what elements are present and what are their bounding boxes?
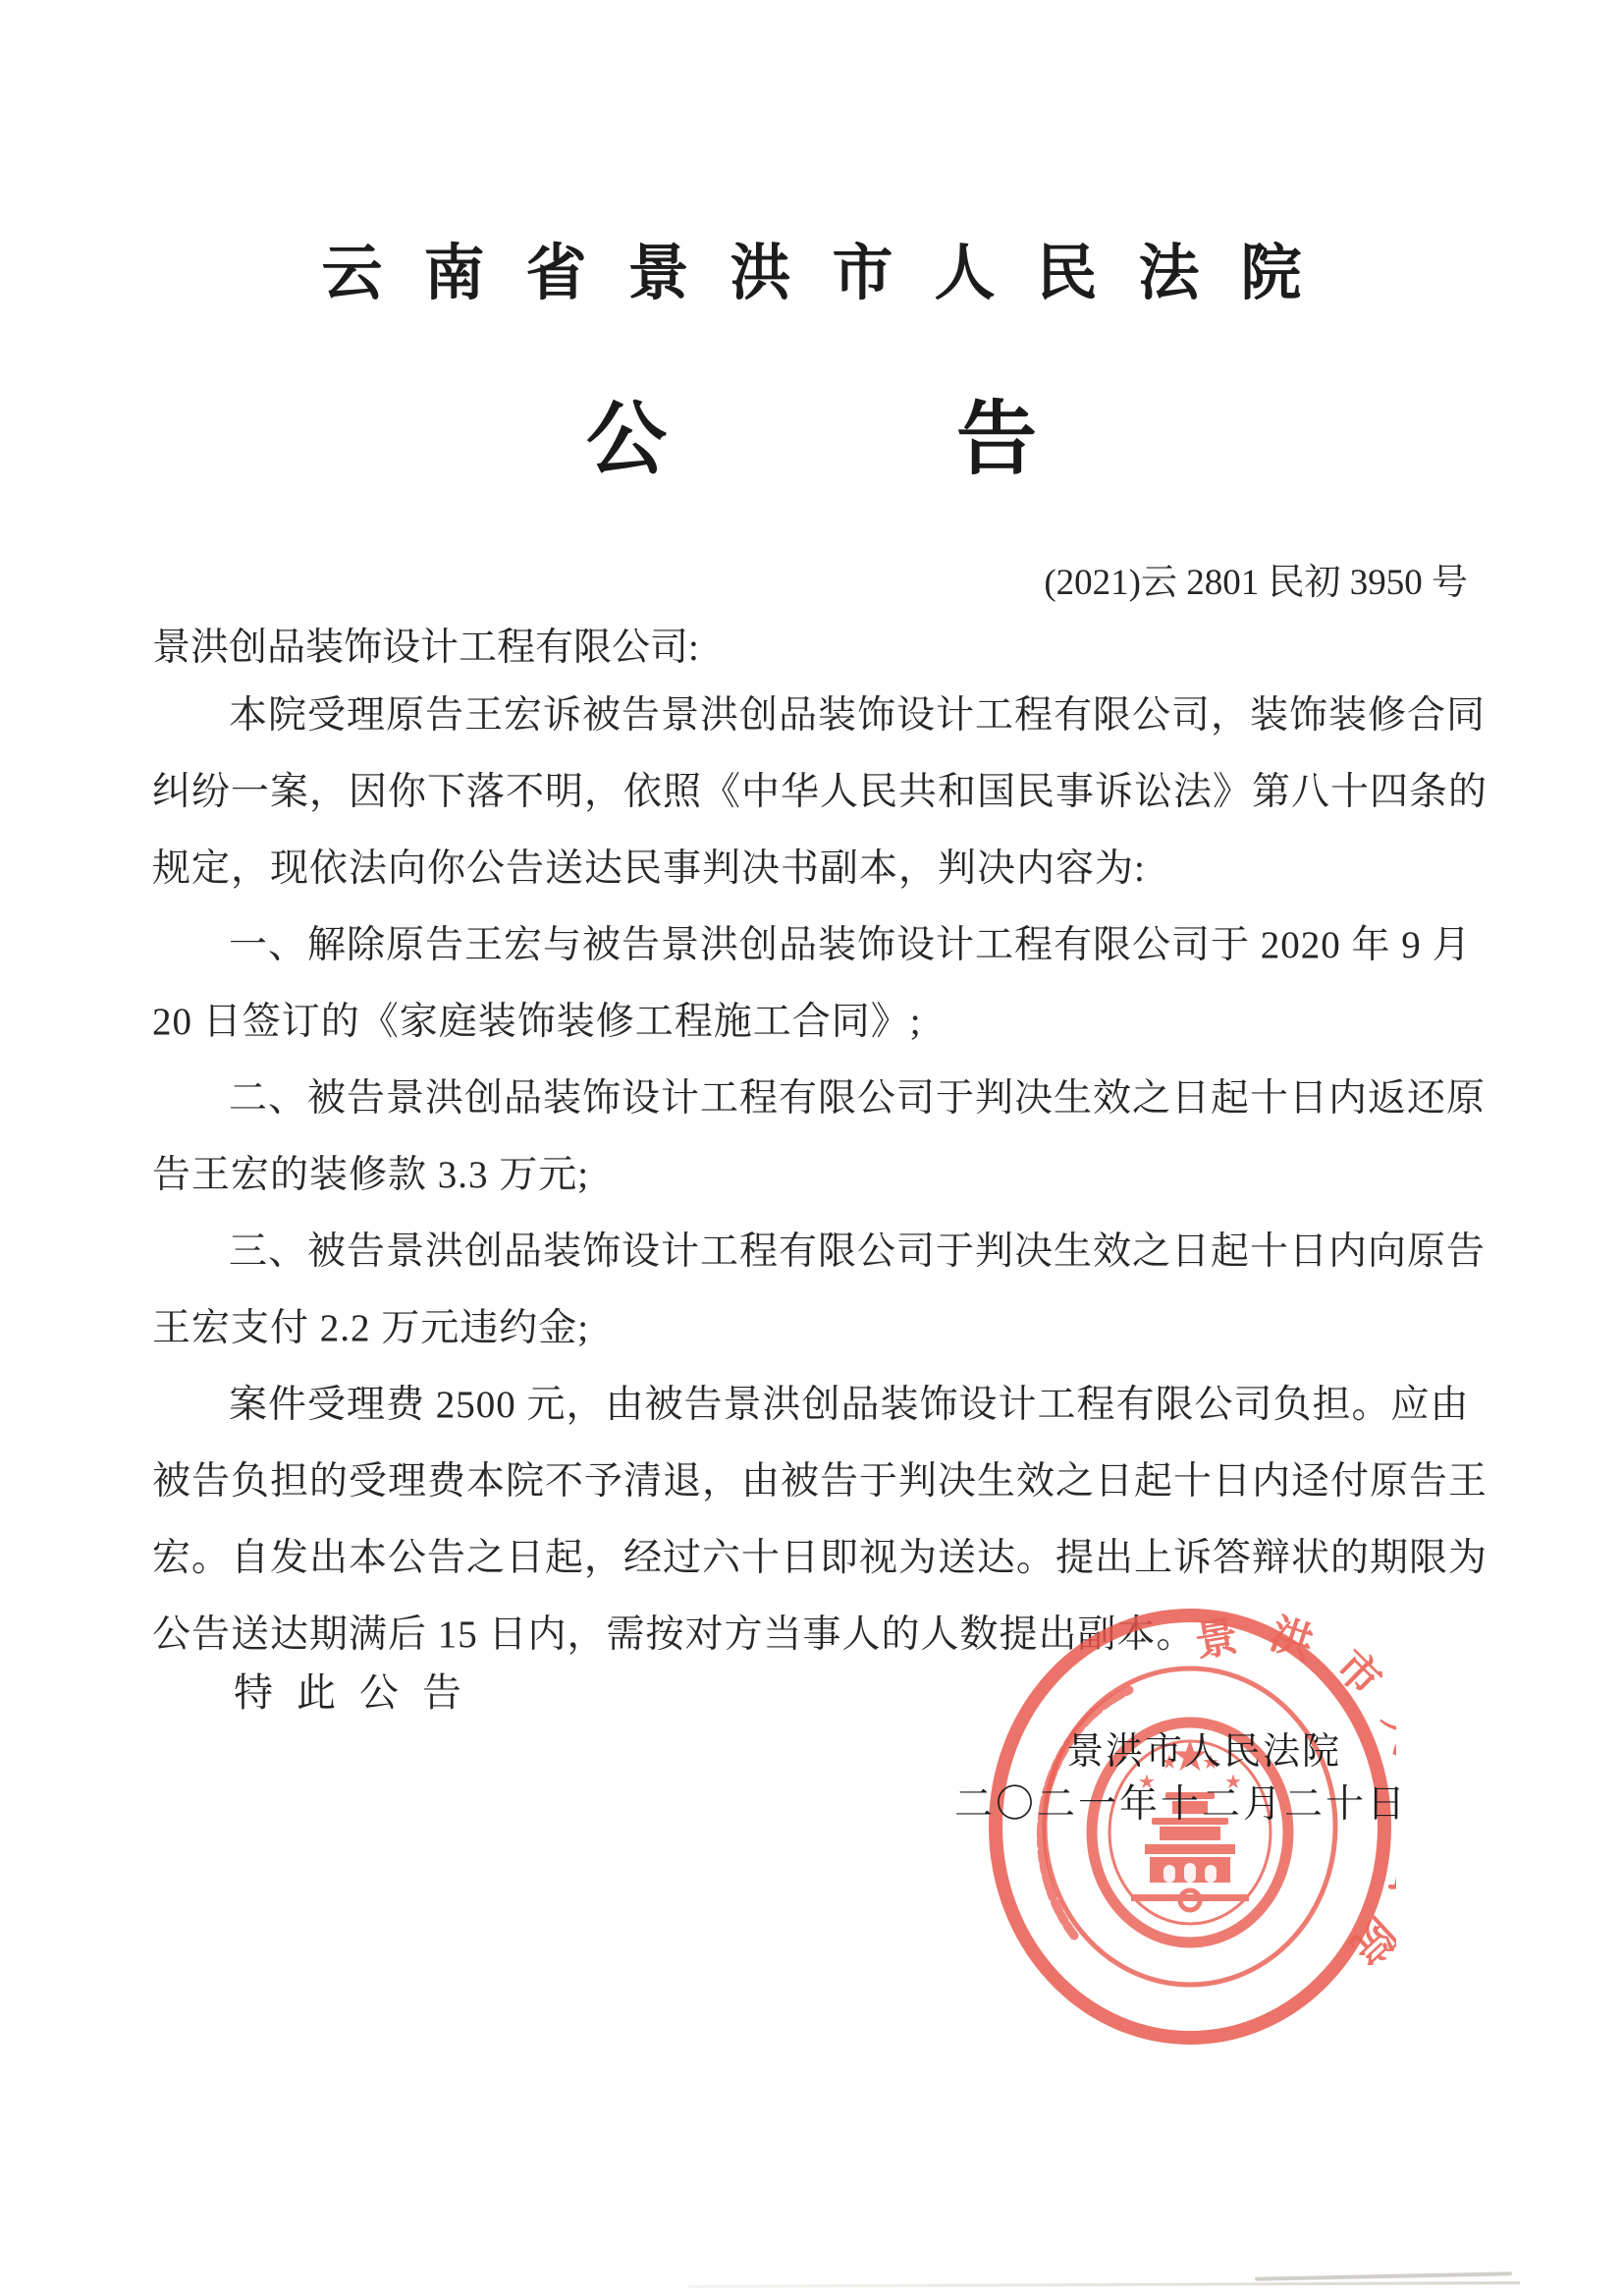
document-title: 公告: [0, 375, 1623, 490]
body-line: 三、被告景洪创品装饰设计工程有限公司于判决生效之日起十日内向原告: [152, 1214, 1473, 1290]
addressee-line: 景洪创品装饰设计工程有限公司:: [152, 617, 699, 672]
scan-bottom-edge-artifact: [1255, 2271, 1512, 2280]
announcement-body: 本院受理原告王宏诉被告景洪创品装饰设计工程有限公司，装饰装修合同 纠纷一案，因你…: [152, 678, 1473, 1673]
body-line: 王宏支付 2.2 万元违约金;: [152, 1290, 1473, 1367]
scan-bottom-edge-artifact: [687, 2281, 1520, 2288]
body-line: 一、解除原告王宏与被告景洪创品装饰设计工程有限公司于 2020 年 9 月: [152, 907, 1473, 984]
body-line: 案件受理费 2500 元，由被告景洪创品装饰设计工程有限公司负担。应由: [152, 1367, 1473, 1444]
body-line: 二、被告景洪创品装饰设计工程有限公司于判决生效之日起十日内返还原: [152, 1061, 1473, 1137]
court-name-heading: 云南省景洪市人民法院: [0, 224, 1623, 311]
case-number: (2021)云 2801 民初 3950 号: [0, 552, 1468, 605]
body-line: 本院受理原告王宏诉被告景洪创品装饰设计工程有限公司，装饰装修合同: [152, 678, 1473, 754]
closing-statement: 特此公告: [234, 1662, 485, 1718]
body-line: 被告负担的受理费本院不予清退，由被告于判决生效之日起十日内迳付原告王: [152, 1444, 1473, 1520]
court-announcement-document: 云南省景洪市人民法院 公告 (2021)云 2801 民初 3950 号 景洪创…: [0, 0, 1623, 2296]
body-line: 宏。自发出本公告之日起，经过六十日即视为送达。提出上诉答辩状的期限为: [152, 1520, 1473, 1597]
body-line: 规定，现依法向你公告送达民事判决书副本，判决内容为:: [152, 831, 1473, 907]
body-line: 纠纷一案，因你下落不明，依照《中华人民共和国民事诉讼法》第八十四条的: [152, 754, 1473, 831]
body-line: 20 日签订的《家庭装饰装修工程施工合同》;: [152, 984, 1473, 1061]
signature-court-name: 景洪市人民法院: [1066, 1721, 1341, 1775]
body-line: 告王宏的装修款 3.3 万元;: [152, 1137, 1473, 1214]
signature-date: 二〇二一年十二月二十日: [954, 1774, 1408, 1829]
